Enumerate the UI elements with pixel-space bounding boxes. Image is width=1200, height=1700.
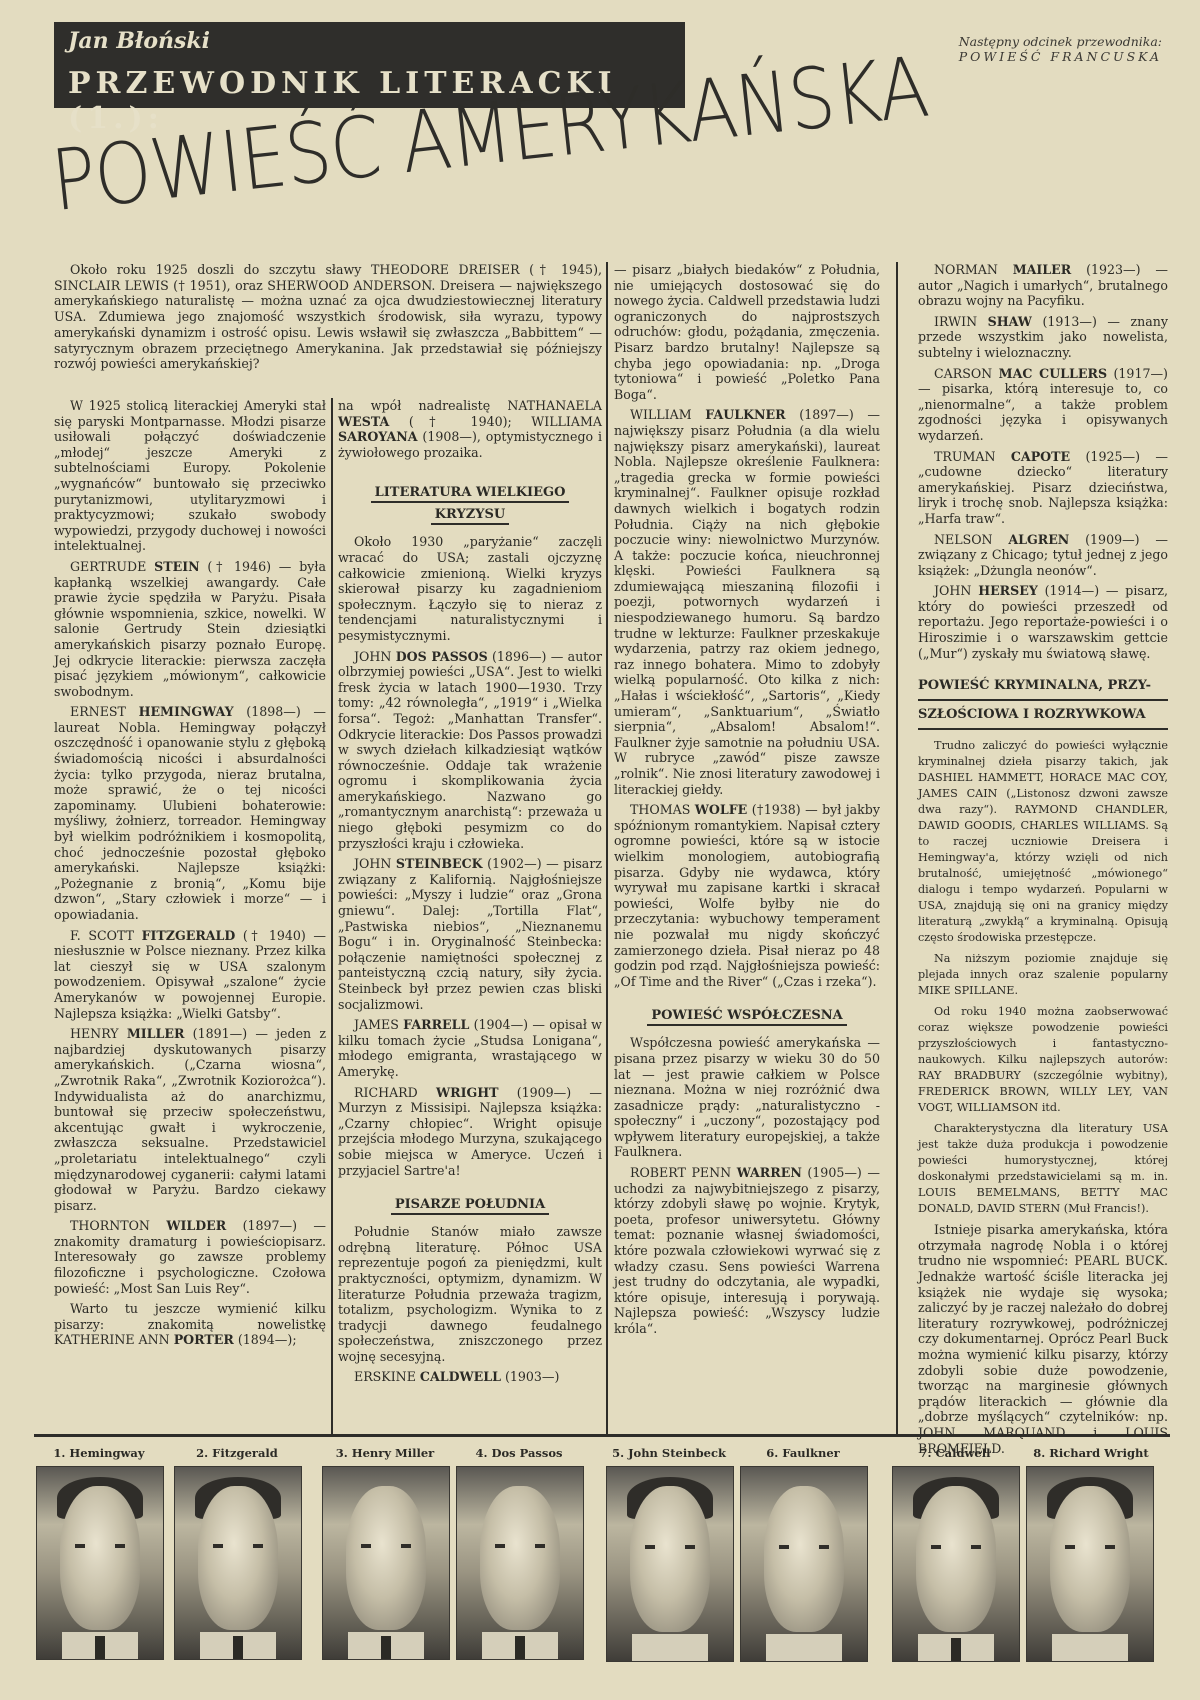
section-heading-line: SZŁOŚCIOWA I ROZRYWKOWA — [918, 704, 1168, 730]
entry-wilder: THORNTON WILDER (1897—) — znakomity dram… — [54, 1218, 326, 1296]
entry-wolfe: THOMAS WOLFE (†1938) — był jakby spóźnio… — [614, 802, 880, 989]
photo-hemingway: 1. Hemingway — [36, 1446, 164, 1660]
author-first: RICHARD — [354, 1085, 418, 1100]
entry-dos-passos: JOHN DOS PASSOS (1896—) — autor olbrzymi… — [338, 649, 602, 852]
photo-dos-passos: 4. Dos Passos — [456, 1446, 584, 1660]
intro-paragraph: Około roku 1925 doszli do szczytu sławy … — [54, 262, 602, 372]
author-surname: DOS PASSOS — [396, 649, 488, 664]
photo-caldwell: 7. Caldwell — [892, 1446, 1020, 1662]
author-surname: FITZGERALD — [142, 928, 236, 943]
entry-mac-cullers: CARSON MAC CULLERS (1917—) — pisarka, kt… — [918, 366, 1168, 444]
author-surname: FAULKNER — [705, 407, 785, 422]
section-heading-crime: POWIEŚĆ KRYMINALNA, PRZY- SZŁOŚCIOWA I R… — [918, 675, 1168, 730]
author-first: THOMAS — [630, 802, 690, 817]
photo-caption: 7. Caldwell — [892, 1446, 1018, 1466]
author-surname: SHAW — [988, 314, 1032, 329]
entry-text: (1894—); — [238, 1332, 297, 1347]
portrait-image — [606, 1466, 734, 1662]
author-first: ROBERT PENN — [630, 1165, 731, 1180]
photo-henry-miller: 3. Henry Miller — [322, 1446, 450, 1660]
author-first: GERTRUDE — [70, 559, 146, 574]
portrait-image — [892, 1466, 1020, 1662]
author-first: JOHN — [354, 649, 391, 664]
entry-wright: RICHARD WRIGHT (1909—) — Murzyn z Missis… — [338, 1085, 602, 1179]
paragraph-scifi: Od roku 1940 można zaobserwować coraz wi… — [918, 1004, 1168, 1116]
photo-caption: 5. John Steinbeck — [606, 1446, 732, 1466]
portrait-image — [456, 1466, 584, 1660]
entry-text: († 1940); WILLIAMA — [409, 414, 602, 429]
author-surname: CAPOTE — [1011, 449, 1070, 464]
author-surname: WOLFE — [695, 802, 748, 817]
entry-text: (1903—) — [505, 1369, 559, 1384]
entry-text: (1902—) — pisarz związany z Kalifornią. … — [338, 856, 602, 1011]
author-name: Jan Błoński — [68, 28, 210, 54]
paragraph-south: Południe Stanów miało zawsze odrębną lit… — [338, 1224, 602, 1364]
portrait-image — [1026, 1466, 1154, 1662]
author-first: THORNTON — [70, 1218, 150, 1233]
author-surname: MAC CULLERS — [999, 366, 1107, 381]
photo-caption: 8. Richard Wright — [1026, 1446, 1156, 1466]
author-surname: WILDER — [166, 1218, 226, 1233]
entry-warren: ROBERT PENN WARREN (1905—) — uchodzi za … — [614, 1165, 880, 1337]
entry-text: na wpół nadrealistę NATHANAELA — [338, 398, 602, 413]
photo-caption: 6. Faulkner — [740, 1446, 866, 1466]
entry-west-saroyan: na wpół nadrealistę NATHANAELA WESTA († … — [338, 398, 602, 460]
entry-farrell: JAMES FARRELL (1904—) — opisał w kilku t… — [338, 1017, 602, 1079]
paragraph-montparnasse: W 1925 stolicą literackiej Ameryki stał … — [54, 398, 326, 554]
author-first: TRUMAN — [934, 449, 996, 464]
author-first: ERNEST — [70, 704, 126, 719]
section-heading-south: PISARZE POŁUDNIA — [338, 1194, 602, 1216]
author-first: JAMES — [354, 1017, 399, 1032]
author-first: HENRY — [70, 1026, 119, 1041]
column-3: — pisarz „białych biedaków“ z Południa, … — [614, 262, 880, 1342]
author-first: F. SCOTT — [70, 928, 134, 943]
author-first: NELSON — [934, 532, 993, 547]
entry-algren: NELSON ALGREN (1909—) — związany z Chica… — [918, 532, 1168, 579]
author-surname: SAROYANA — [338, 429, 418, 444]
author-first: NORMAN — [934, 262, 998, 277]
section-heading-line: POWIEŚĆ WSPÓŁCZESNA — [647, 1008, 846, 1026]
section-heading-line: POWIEŚĆ KRYMINALNA, PRZY- — [918, 675, 1168, 701]
section-heading-modern: POWIEŚĆ WSPÓŁCZESNA — [614, 1005, 880, 1027]
paragraph-crime: Trudno zaliczyć do powieści wyłącznie kr… — [918, 738, 1168, 946]
crime-section-body: Trudno zaliczyć do powieści wyłącznie kr… — [918, 738, 1168, 1217]
photo-fitzgerald: 2. Fitzgerald — [174, 1446, 302, 1660]
column-divider — [331, 398, 333, 1434]
author-first: IRWIN — [934, 314, 977, 329]
section-heading-line: KRYZYSU — [431, 507, 509, 525]
author-surname: HEMINGWAY — [139, 704, 234, 719]
entry-miller: HENRY MILLER (1891—) — jeden z najbardzi… — [54, 1026, 326, 1213]
entry-text: (1905—) — uchodzi za najwybitniejszego z… — [614, 1165, 880, 1336]
entry-text: (1897—) — największy pisarz Południa (a … — [614, 407, 880, 796]
entry-fitzgerald: F. SCOTT FITZGERALD († 1940) — niesłuszn… — [54, 928, 326, 1022]
paragraph-modern: Współczesna powieść amerykańska — pisana… — [614, 1035, 880, 1160]
entry-caldwell: ERSKINE CALDWELL (1903—) — [338, 1369, 602, 1385]
portrait-image — [174, 1466, 302, 1660]
author-first: WILLIAM — [630, 407, 692, 422]
author-surname: MILLER — [127, 1026, 185, 1041]
entry-shaw: IRWIN SHAW (1913—) — znany przede wszyst… — [918, 314, 1168, 361]
author-surname: HERSEY — [978, 583, 1038, 598]
photo-caption: 2. Fitzgerald — [174, 1446, 300, 1466]
entry-porter: Warto tu jeszcze wymienić kilku pisarzy:… — [54, 1301, 326, 1348]
column-divider — [896, 262, 898, 1434]
author-surname: ALGREN — [1008, 532, 1069, 547]
author-surname: STEINBECK — [396, 856, 483, 871]
author-surname: CALDWELL — [420, 1369, 501, 1384]
photo-section-rule — [34, 1434, 1170, 1437]
author-photo-strip: 1. Hemingway 2. Fitzgerald 3. Henry Mill… — [30, 1446, 1170, 1686]
author-surname: WESTA — [338, 414, 389, 429]
entry-text: († 1946) — była kapłanką wszelkiej awang… — [54, 559, 326, 699]
author-surname: WARREN — [737, 1165, 802, 1180]
paragraph-crisis: Około 1930 „paryżanie“ zaczęli wracać do… — [338, 534, 602, 643]
entry-hemingway: ERNEST HEMINGWAY (1898—) — laureat Nobla… — [54, 704, 326, 922]
photo-faulkner: 6. Faulkner — [740, 1446, 868, 1662]
author-surname: FARRELL — [403, 1017, 469, 1032]
author-first: JOHN — [354, 856, 391, 871]
section-heading-line: PISARZE POŁUDNIA — [391, 1197, 549, 1215]
entry-text: (†1938) — był jakby spóźnionym romantyki… — [614, 802, 880, 989]
photo-caption: 4. Dos Passos — [456, 1446, 582, 1466]
author-surname: PORTER — [174, 1332, 234, 1347]
column-2: na wpół nadrealistę NATHANAELA WESTA († … — [338, 398, 602, 1390]
portrait-image — [322, 1466, 450, 1660]
entry-text: (1891—) — jeden z najbardziej dyskutowan… — [54, 1026, 326, 1213]
column-divider — [606, 262, 608, 1434]
column-1: W 1925 stolicą literackiej Ameryki stał … — [54, 398, 326, 1353]
paragraph-humor: Charakterystyczna dla literatury USA jes… — [918, 1121, 1168, 1217]
entry-capote: TRUMAN CAPOTE (1925—) — „cudowne dziecko… — [918, 449, 1168, 527]
section-heading-line: LITERATURA WIELKIEGO — [371, 485, 570, 503]
entry-hersey: JOHN HERSEY (1914—) — pisarz, który do p… — [918, 583, 1168, 661]
author-surname: STEIN — [154, 559, 199, 574]
section-heading-crisis: LITERATURA WIELKIEGO KRYZYSU — [338, 482, 602, 526]
entry-text: (1896—) — autor olbrzymiej powieści „USA… — [338, 649, 602, 851]
photo-steinbeck: 5. John Steinbeck — [606, 1446, 734, 1662]
author-surname: MAILER — [1013, 262, 1072, 277]
entry-mailer: NORMAN MAILER (1923—) — autor „Nagich i … — [918, 262, 1168, 309]
paragraph-buck: Istnieje pisarka amerykańska, która otrz… — [918, 1222, 1168, 1456]
entry-steinbeck: JOHN STEINBECK (1902—) — pisarz związany… — [338, 856, 602, 1012]
paragraph-spillane: Na niższym poziomie znajduje się plejada… — [918, 951, 1168, 999]
entry-caldwell-continued: — pisarz „białych biedaków“ z Południa, … — [614, 262, 880, 402]
entry-faulkner: WILLIAM FAULKNER (1897—) — największy pi… — [614, 407, 880, 797]
photo-caption: 3. Henry Miller — [322, 1446, 448, 1466]
photo-caption: 1. Hemingway — [36, 1446, 162, 1466]
photo-richard-wright: 8. Richard Wright — [1026, 1446, 1156, 1662]
column-4: NORMAN MAILER (1923—) — autor „Nagich i … — [918, 262, 1168, 1461]
author-first: CARSON — [934, 366, 992, 381]
author-first: JOHN — [934, 583, 971, 598]
entry-text: (1898—) — laureat Nobla. Hemingway połąc… — [54, 704, 326, 922]
author-surname: WRIGHT — [436, 1085, 499, 1100]
portrait-image — [740, 1466, 868, 1662]
entry-stein: GERTRUDE STEIN († 1946) — była kapłanką … — [54, 559, 326, 699]
author-first: ERSKINE — [354, 1369, 416, 1384]
portrait-image — [36, 1466, 164, 1660]
